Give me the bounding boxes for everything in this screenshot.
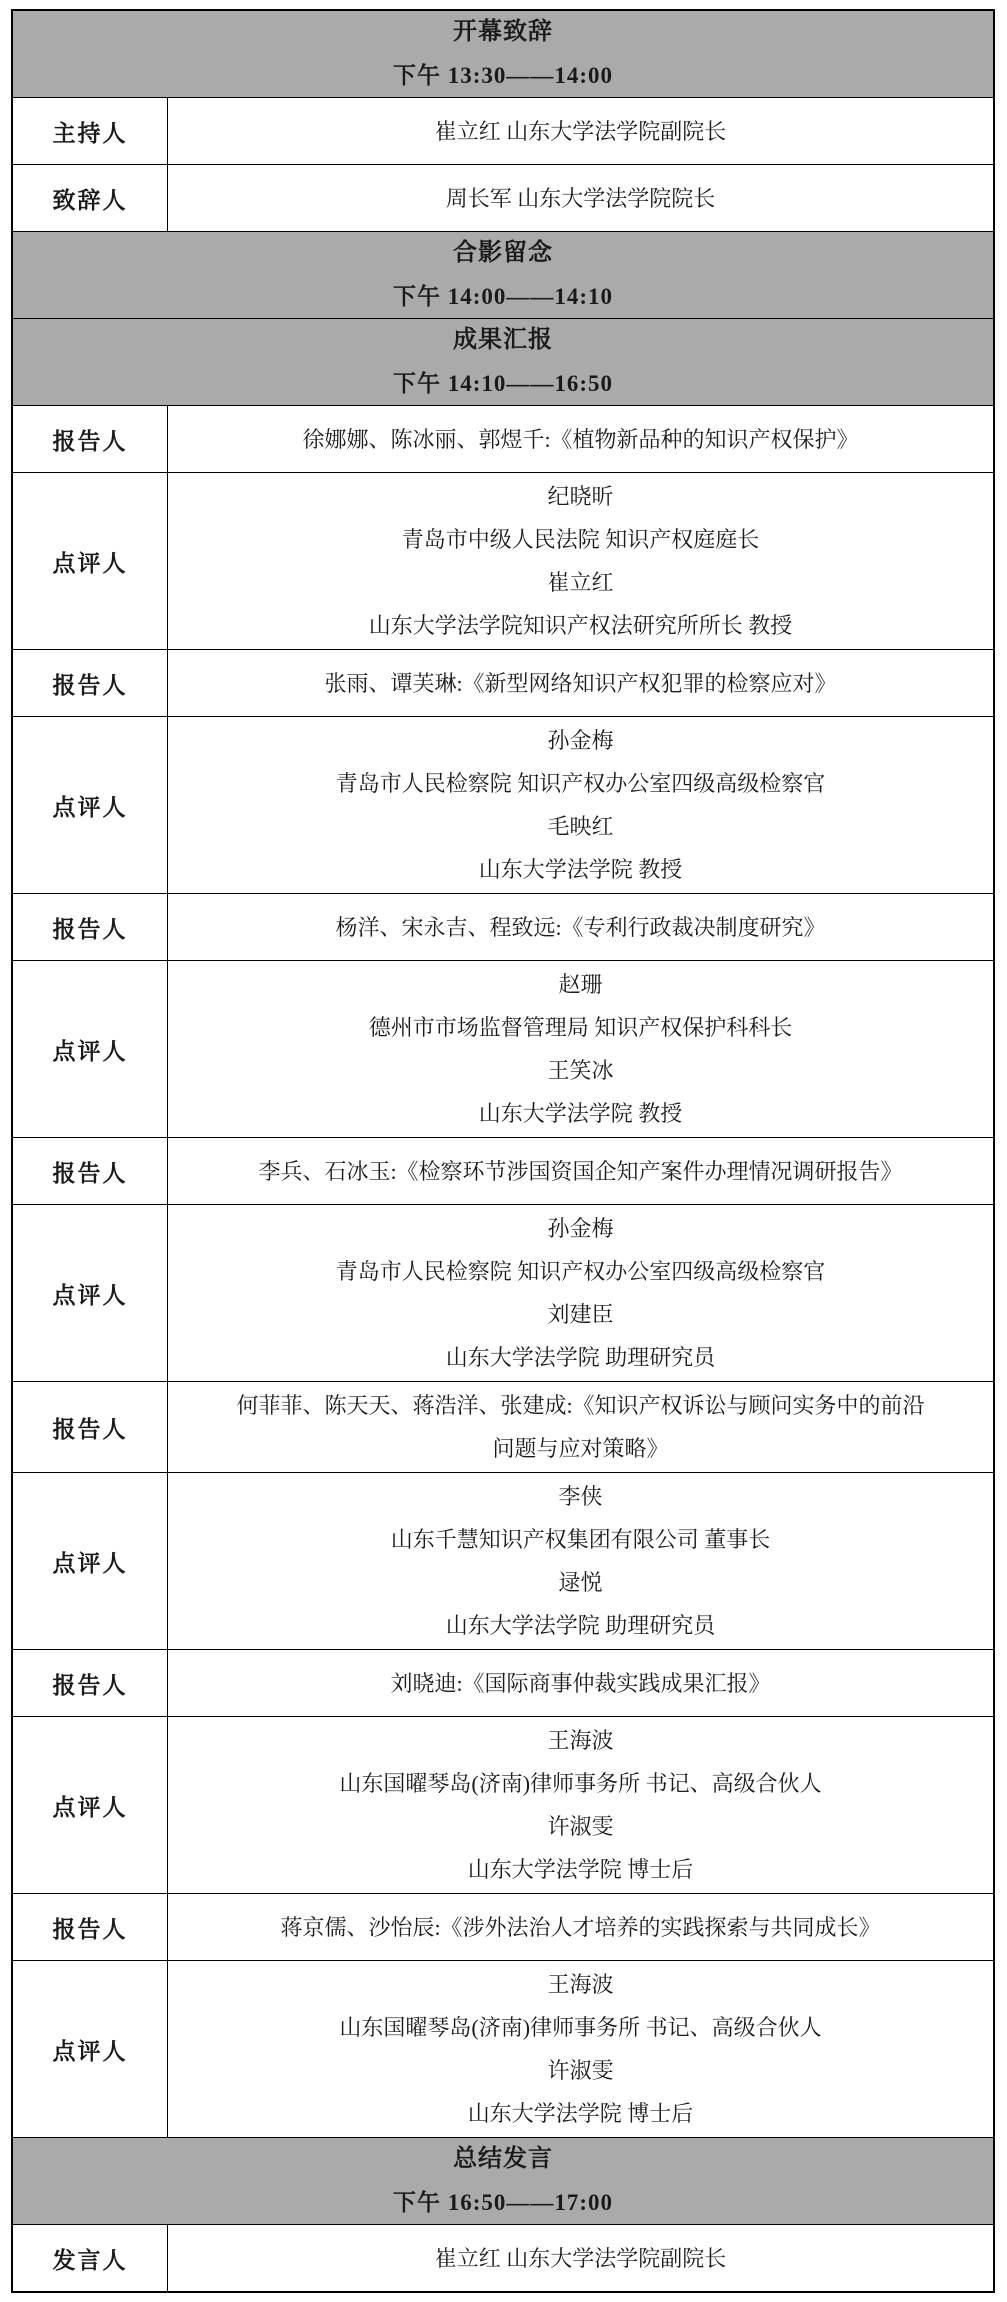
row-content: 刘晓迪:《国际商事仲裁实践成果汇报》 <box>168 1650 993 1716</box>
content-line: 张雨、谭芙琳:《新型网络知识产权犯罪的检察应对》 <box>324 662 836 705</box>
content-line: 山东国曜琴岛(济南)律师事务所 书记、高级合伙人 <box>339 2006 821 2049</box>
table-row: 点评人王海波山东国曜琴岛(济南)律师事务所 书记、高级合伙人许淑雯山东大学法学院… <box>13 1960 993 2137</box>
row-content: 赵珊德州市市场监督管理局 知识产权保护科科长王笑冰山东大学法学院 教授 <box>168 961 993 1137</box>
content-line: 孙金梅 <box>547 1207 613 1250</box>
row-content: 崔立红 山东大学法学院副院长 <box>168 2225 993 2291</box>
content-line: 许淑雯 <box>547 1805 613 1848</box>
content-line: 崔立红 山东大学法学院副院长 <box>435 2237 727 2280</box>
section-title: 合影留念 <box>453 232 553 275</box>
section-time: 下午 13:30——14:00 <box>393 54 613 97</box>
row-content: 徐娜娜、陈冰丽、郭煜千:《植物新品种的知识产权保护》 <box>168 406 993 472</box>
role-label: 点评人 <box>53 1545 128 1578</box>
role-label: 点评人 <box>53 545 128 578</box>
row-content: 纪晓昕青岛市中级人民法院 知识产权庭庭长崔立红山东大学法学院知识产权法研究所所长… <box>168 473 993 649</box>
content-line: 何菲菲、陈天天、蒋浩洋、张建成:《知识产权诉讼与顾问实务中的前沿 <box>236 1384 924 1427</box>
row-content: 孙金梅青岛市人民检察院 知识产权办公室四级高级检察官毛映红山东大学法学院 教授 <box>168 717 993 893</box>
section-title: 成果汇报 <box>453 319 553 362</box>
role-cell: 发言人 <box>13 2225 168 2291</box>
role-label: 点评人 <box>53 2033 128 2066</box>
role-label: 主持人 <box>53 115 128 148</box>
role-label: 报告人 <box>53 1155 128 1188</box>
content-line: 孙金梅 <box>547 719 613 762</box>
row-content: 李兵、石冰玉:《检察环节涉国资国企知产案件办理情况调研报告》 <box>168 1138 993 1204</box>
section-header: 开幕致辞下午 13:30——14:00 <box>13 11 993 97</box>
role-cell: 报告人 <box>13 1382 168 1472</box>
content-line: 赵珊 <box>558 963 602 1006</box>
row-content: 何菲菲、陈天天、蒋浩洋、张建成:《知识产权诉讼与顾问实务中的前沿问题与应对策略》 <box>168 1382 993 1472</box>
role-label: 点评人 <box>53 789 128 822</box>
role-cell: 报告人 <box>13 406 168 472</box>
section-header: 合影留念下午 14:00——14:10 <box>13 231 993 318</box>
role-cell: 点评人 <box>13 1205 168 1381</box>
role-label: 致辞人 <box>53 182 128 215</box>
content-line: 蒋京儒、沙怡辰:《涉外法治人才培养的实践探索与共同成长》 <box>280 1906 880 1949</box>
agenda-page: 开幕致辞下午 13:30——14:00主持人崔立红 山东大学法学院副院长致辞人周… <box>0 0 1007 2302</box>
content-line: 山东大学法学院知识产权法研究所所长 教授 <box>369 604 793 647</box>
role-label: 报告人 <box>53 1411 128 1444</box>
row-content: 崔立红 山东大学法学院副院长 <box>168 98 993 164</box>
role-cell: 点评人 <box>13 961 168 1137</box>
table-row: 点评人赵珊德州市市场监督管理局 知识产权保护科科长王笑冰山东大学法学院 教授 <box>13 960 993 1137</box>
role-cell: 点评人 <box>13 473 168 649</box>
content-line: 许淑雯 <box>547 2049 613 2092</box>
content-line: 青岛市人民检察院 知识产权办公室四级高级检察官 <box>336 762 826 805</box>
role-label: 点评人 <box>53 1277 128 1310</box>
content-line: 逯悦 <box>558 1561 602 1604</box>
table-row: 点评人孙金梅青岛市人民检察院 知识产权办公室四级高级检察官毛映红山东大学法学院 … <box>13 716 993 893</box>
table-row: 报告人李兵、石冰玉:《检察环节涉国资国企知产案件办理情况调研报告》 <box>13 1137 993 1204</box>
content-line: 德州市市场监督管理局 知识产权保护科科长 <box>369 1006 793 1049</box>
row-content: 孙金梅青岛市人民检察院 知识产权办公室四级高级检察官刘建臣山东大学法学院 助理研… <box>168 1205 993 1381</box>
role-cell: 点评人 <box>13 1473 168 1649</box>
role-cell: 点评人 <box>13 717 168 893</box>
role-label: 点评人 <box>53 1033 128 1066</box>
table-row: 报告人杨洋、宋永吉、程致远:《专利行政裁决制度研究》 <box>13 893 993 960</box>
role-cell: 报告人 <box>13 1138 168 1204</box>
content-line: 山东千慧知识产权集团有限公司 董事长 <box>391 1518 771 1561</box>
row-content: 张雨、谭芙琳:《新型网络知识产权犯罪的检察应对》 <box>168 650 993 716</box>
section-time: 下午 16:50——17:00 <box>393 2181 613 2224</box>
content-line: 青岛市中级人民法院 知识产权庭庭长 <box>402 518 760 561</box>
role-cell: 报告人 <box>13 1894 168 1960</box>
content-line: 李侠 <box>558 1475 602 1518</box>
table-row: 报告人刘晓迪:《国际商事仲裁实践成果汇报》 <box>13 1649 993 1716</box>
role-cell: 点评人 <box>13 1717 168 1893</box>
table-row: 报告人张雨、谭芙琳:《新型网络知识产权犯罪的检察应对》 <box>13 649 993 716</box>
role-label: 报告人 <box>53 911 128 944</box>
table-row: 点评人孙金梅青岛市人民检察院 知识产权办公室四级高级检察官刘建臣山东大学法学院 … <box>13 1204 993 1381</box>
table-row: 点评人李侠山东千慧知识产权集团有限公司 董事长逯悦山东大学法学院 助理研究员 <box>13 1472 993 1649</box>
content-line: 李兵、石冰玉:《检察环节涉国资国企知产案件办理情况调研报告》 <box>258 1150 902 1193</box>
role-cell: 主持人 <box>13 98 168 164</box>
content-line: 山东大学法学院 助理研究员 <box>446 1604 716 1647</box>
row-content: 周长军 山东大学法学院院长 <box>168 165 993 231</box>
section-time: 下午 14:00——14:10 <box>393 275 613 318</box>
role-label: 报告人 <box>53 423 128 456</box>
content-line: 刘建臣 <box>547 1293 613 1336</box>
row-content: 王海波山东国曜琴岛(济南)律师事务所 书记、高级合伙人许淑雯山东大学法学院 博士… <box>168 1961 993 2137</box>
row-content: 杨洋、宋永吉、程致远:《专利行政裁决制度研究》 <box>168 894 993 960</box>
table-row: 致辞人周长军 山东大学法学院院长 <box>13 164 993 231</box>
section-title: 总结发言 <box>453 2138 553 2181</box>
content-line: 纪晓昕 <box>547 475 613 518</box>
role-cell: 报告人 <box>13 1650 168 1716</box>
content-line: 问题与应对策略》 <box>492 1427 668 1470</box>
content-line: 刘晓迪:《国际商事仲裁实践成果汇报》 <box>390 1662 770 1705</box>
role-label: 报告人 <box>53 1667 128 1700</box>
role-label: 报告人 <box>53 1911 128 1944</box>
content-line: 周长军 山东大学法学院院长 <box>446 177 716 220</box>
content-line: 山东大学法学院 博士后 <box>468 1848 694 1891</box>
role-label: 点评人 <box>53 1789 128 1822</box>
content-line: 毛映红 <box>547 805 613 848</box>
row-content: 蒋京儒、沙怡辰:《涉外法治人才培养的实践探索与共同成长》 <box>168 1894 993 1960</box>
row-content: 王海波山东国曜琴岛(济南)律师事务所 书记、高级合伙人许淑雯山东大学法学院 博士… <box>168 1717 993 1893</box>
section-header: 成果汇报下午 14:10——16:50 <box>13 318 993 405</box>
content-line: 山东大学法学院 助理研究员 <box>446 1336 716 1379</box>
section-title: 开幕致辞 <box>453 11 553 54</box>
content-line: 王海波 <box>547 1719 613 1762</box>
content-line: 山东大学法学院 博士后 <box>468 2092 694 2135</box>
content-line: 山东国曜琴岛(济南)律师事务所 书记、高级合伙人 <box>339 1762 821 1805</box>
table-row: 报告人徐娜娜、陈冰丽、郭煜千:《植物新品种的知识产权保护》 <box>13 405 993 472</box>
table-row: 主持人崔立红 山东大学法学院副院长 <box>13 97 993 164</box>
table-row: 点评人纪晓昕青岛市中级人民法院 知识产权庭庭长崔立红山东大学法学院知识产权法研究… <box>13 472 993 649</box>
role-cell: 报告人 <box>13 650 168 716</box>
content-line: 王海波 <box>547 1963 613 2006</box>
table-row: 报告人何菲菲、陈天天、蒋浩洋、张建成:《知识产权诉讼与顾问实务中的前沿问题与应对… <box>13 1381 993 1472</box>
role-cell: 致辞人 <box>13 165 168 231</box>
role-label: 发言人 <box>53 2242 128 2275</box>
role-cell: 报告人 <box>13 894 168 960</box>
section-time: 下午 14:10——16:50 <box>393 362 613 405</box>
role-cell: 点评人 <box>13 1961 168 2137</box>
row-content: 李侠山东千慧知识产权集团有限公司 董事长逯悦山东大学法学院 助理研究员 <box>168 1473 993 1649</box>
content-line: 青岛市人民检察院 知识产权办公室四级高级检察官 <box>336 1250 826 1293</box>
content-line: 杨洋、宋永吉、程致远:《专利行政裁决制度研究》 <box>335 906 825 949</box>
content-line: 徐娜娜、陈冰丽、郭煜千:《植物新品种的知识产权保护》 <box>302 418 858 461</box>
content-line: 王笑冰 <box>547 1049 613 1092</box>
content-line: 山东大学法学院 教授 <box>479 1092 683 1135</box>
content-line: 崔立红 <box>547 561 613 604</box>
table-row: 发言人崔立红 山东大学法学院副院长 <box>13 2224 993 2291</box>
content-line: 山东大学法学院 教授 <box>479 848 683 891</box>
content-line: 崔立红 山东大学法学院副院长 <box>435 110 727 153</box>
table-row: 点评人王海波山东国曜琴岛(济南)律师事务所 书记、高级合伙人许淑雯山东大学法学院… <box>13 1716 993 1893</box>
agenda-table: 开幕致辞下午 13:30——14:00主持人崔立红 山东大学法学院副院长致辞人周… <box>11 9 995 2293</box>
table-row: 报告人蒋京儒、沙怡辰:《涉外法治人才培养的实践探索与共同成长》 <box>13 1893 993 1960</box>
section-header: 总结发言下午 16:50——17:00 <box>13 2137 993 2224</box>
role-label: 报告人 <box>53 667 128 700</box>
